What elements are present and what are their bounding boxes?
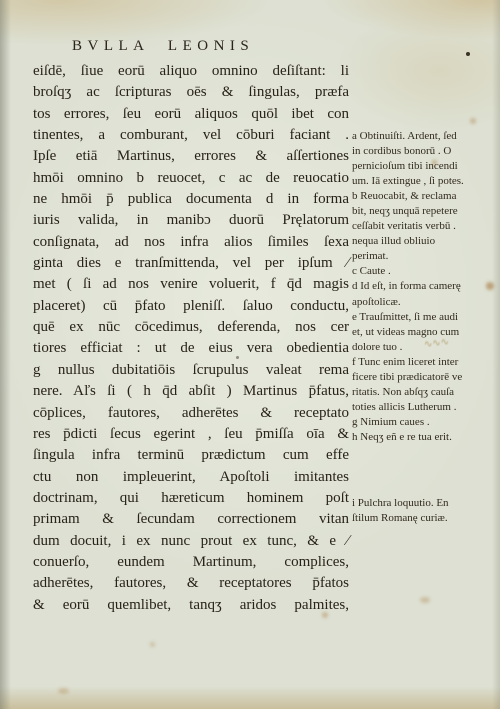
text-line: iuris valida, in manibɔ duorū Pręlatorum [33,210,349,231]
margin-note-line: perimat. [352,249,492,264]
text-line: ne hmōi p̄ publica documenta d in forma [33,189,349,210]
ink-speck [236,356,239,359]
text-line: broſqʒ ac ſcripturas oēs & ſingulas, præ… [33,82,349,103]
margin-note-line: ceſſabit veritatis verbū . [352,219,492,234]
margin-note-line: i Pulchra loquutio. En [352,496,492,511]
text-line: cōplices, fautores, adherētes & receptat… [33,403,349,424]
text-line: eiſdē, ſiue eorū aliquo omnino deſiſtant… [33,61,349,82]
margin-note-line: in cordibus bonorū . O [352,144,492,159]
margin-note-line: h Neqʒ eñ e re tua erit. [352,430,492,445]
text-line: ginta dies e tranſmittenda, vel per ipſu… [33,253,349,274]
margin-note-line: bit, neqʒ unquā repetere [352,204,492,219]
margin-note-line: d Id eſt, in forma camerę [352,279,492,294]
text-line: res p̄dicti ſecus egerint , ſeu p̄miſſa … [33,424,349,445]
text-line: primam & ſecundam correctionem vitan [33,509,349,530]
margin-notes-lower: i Pulchra loquutio. Enſtilum Romanę curi… [352,496,492,526]
margin-note-line: b Reuocabit, & reclama [352,189,492,204]
margin-note-line: a Obtinuiſti. Ardent, ſed [352,129,492,144]
margin-note-line: c Caute . [352,264,492,279]
text-line: dum docuit, i ex nunc prout ex tunc, & e… [33,531,349,552]
text-line: tinentes, a comburant, vel cōburi facian… [33,125,349,146]
margin-note-line: et, ut videas magno cum [352,325,492,340]
text-line: nere. Aľs ſi ( h q̄d abſit ) Martinus p̄… [33,381,349,402]
margin-note-line: ficere tibi prædicatorē ve [352,370,492,385]
margin-note-line: dolore tuo . [352,340,492,355]
text-line: tos errores, ſeu eorū aliquos quōl ibet … [33,104,349,125]
ink-speck [466,52,470,56]
foxing-spot [150,642,155,647]
text-line: placeret) cū p̄fato pleniſſ. ſaluo condu… [33,296,349,317]
margin-note-line: e Trauſmittet, ſi me audi [352,310,492,325]
text-line: conſignata, ad nos infra alios ſimiles ſ… [33,232,349,253]
page-title: BVLLA LEONIS [72,38,254,55]
text-line: & eorū quemlibet, tanqʒ aridos palmites, [33,595,349,616]
margin-note-line: toties allicis Lutherum . [352,400,492,415]
foxing-spot [322,612,328,618]
text-line: ſingula infra terminū prædictum cum effe [33,445,349,466]
foxing-spot [486,282,494,290]
margin-note-line: nequa illud obliuio [352,234,492,249]
margin-notes-upper: a Obtinuiſti. Ardent, ſedin cordibus bon… [352,129,492,445]
book-page: BVLLA LEONIS eiſdē, ſiue eorū aliquo omn… [0,0,500,709]
margin-note-line: f Tunc enim liceret inter [352,355,492,370]
main-text-column: eiſdē, ſiue eorū aliquo omnino deſiſtant… [33,61,349,616]
text-line: quē ex nūc cōcedimus, deferenda, nos cer [33,317,349,338]
margin-note-line: apoſtolicæ. [352,295,492,310]
text-line: g nullus dubitatiōis ſcrupulus valeat re… [33,360,349,381]
foxing-spot [432,160,437,165]
foxing-spot [58,688,69,694]
margin-note-line: g Nimium caues . [352,415,492,430]
foxing-spot [420,597,430,603]
text-line: tiores efficiat : ut de eius vera obedie… [33,338,349,359]
text-line: doctrinam, qui hæreticum hominem poſt [33,488,349,509]
text-line: met ( ſi ad nos venire voluerit, f q̄d m… [33,274,349,295]
margin-note-line: ſtilum Romanę curiæ. [352,511,492,526]
text-line: conuerſo, eundem Martinum, complices, [33,552,349,573]
margin-note-line: pernicioſum tibi incendi [352,159,492,174]
text-line: hmōi omnino b reuocet, c ac de reuocatio [33,168,349,189]
margin-note-line: ritatis. Non abſqʒ cauſa [352,385,492,400]
margin-note-line: um. Iā extingue , ſi potes. [352,174,492,189]
text-line: adherētes, fautores, & receptatores p̄fa… [33,573,349,594]
text-line: ctu non impleuerint, Apoſtoli imitantes [33,467,349,488]
foxing-spot [470,118,476,124]
text-line: Ipſe etiā Martinus, errores & aſſertione… [33,146,349,167]
